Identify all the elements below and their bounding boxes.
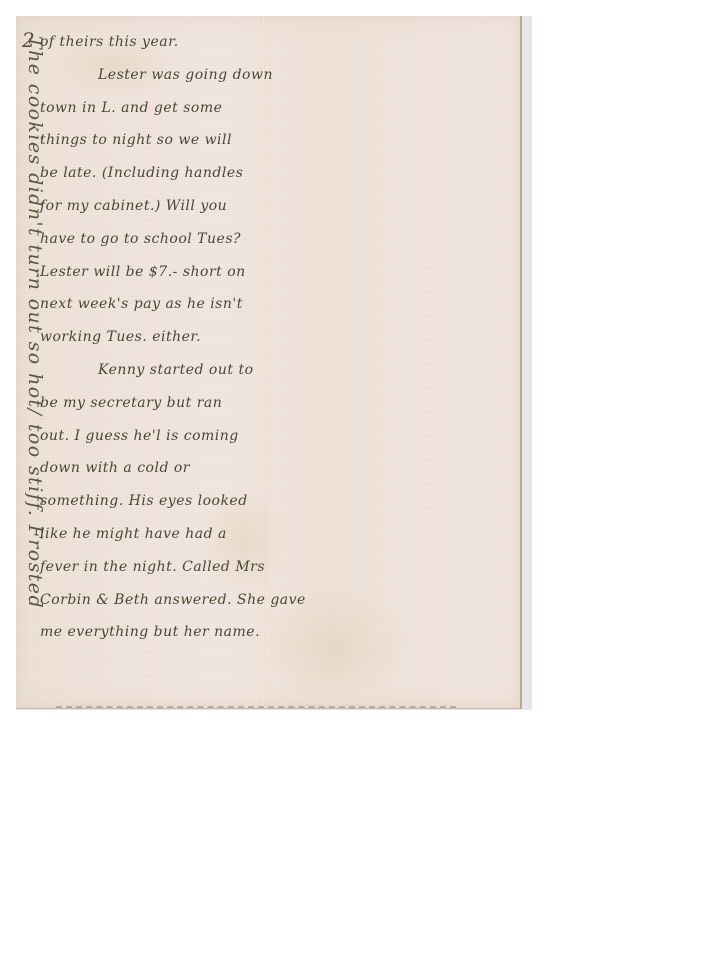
letter-line: Lester will be $7.- short on [40,256,520,289]
letter-line: down with a cold or [40,452,520,485]
letter-line: have to go to school Tues? [40,223,520,256]
letter-line: Corbin & Beth answered. She gave [40,584,520,617]
letter-line: be my secretary but ran [40,387,520,420]
letter-line: working Tues. either. [40,321,520,354]
letter-line: of theirs this year. [40,26,520,59]
letter-line: be late. (Including handles [40,157,520,190]
cut-off-next-line [56,696,456,708]
letter-line: for my cabinet.) Will you [40,190,520,223]
letter-line: me everything but her name. [40,616,520,649]
letter-paper: 2 The cookies didn't turn out so hot/ to… [16,16,522,709]
letter-line: Kenny started out to [40,354,520,387]
letter-line: next week's pay as he isn't [40,288,520,321]
letter-line: something. His eyes looked [40,485,520,518]
letter-line: out. I guess he'l is coming [40,420,520,453]
letter-line: fever in the night. Called Mrs [40,551,520,584]
scanned-letter-page: 2 The cookies didn't turn out so hot/ to… [16,16,532,710]
letter-line: things to night so we will [40,124,520,157]
letter-line: town in L. and get some [40,92,520,125]
letter-line: like he might have had a [40,518,520,551]
letter-line: Lester was going down [40,59,520,92]
letter-body: of theirs this year. Lester was going do… [40,26,520,649]
